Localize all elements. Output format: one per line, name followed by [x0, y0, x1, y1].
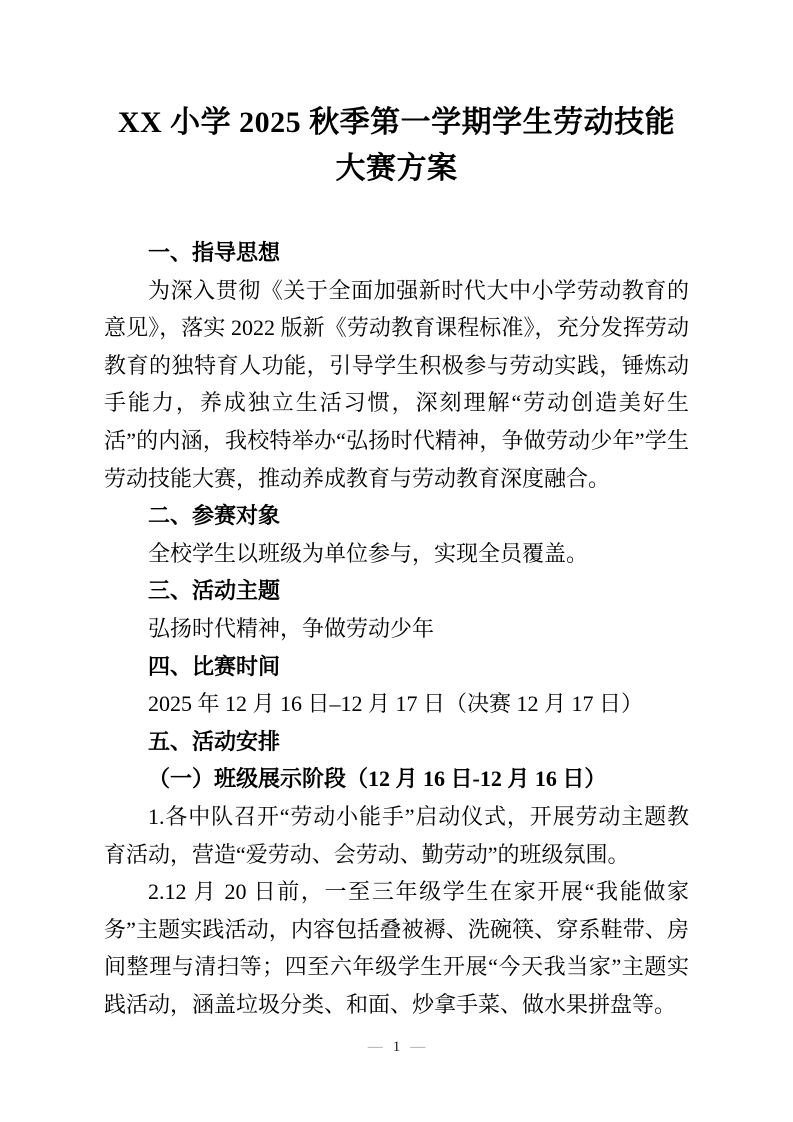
footer-dash-right: — — [410, 1039, 425, 1055]
page-number: 1 — [393, 1036, 401, 1058]
section-heading-theme: 三、活动主题 — [104, 572, 689, 610]
section-heading-arrangement: 五、活动安排 — [104, 723, 689, 761]
document-content: XX 小学 2025 秋季第一学期学生劳动技能 大赛方案 一、指导思想 为深入贯… — [104, 100, 689, 1023]
document-title: XX 小学 2025 秋季第一学期学生劳动技能 大赛方案 — [104, 100, 689, 192]
paragraph-time: 2025 年 12 月 16 日–12 月 17 日（决赛 12 月 17 日） — [104, 685, 689, 723]
section-heading-time: 四、比赛时间 — [104, 648, 689, 686]
paragraph-arrangement-item-2: 2.12 月 20 日前，一至三年级学生在家开展“我能做家务”主题实践活动，内容… — [104, 873, 689, 1023]
section-heading-participants: 二、参赛对象 — [104, 497, 689, 535]
section-heading-guiding-ideology: 一、指导思想 — [104, 234, 689, 272]
document-page: XX 小学 2025 秋季第一学期学生劳动技能 大赛方案 一、指导思想 为深入贯… — [0, 0, 793, 1122]
page-footer: —1— — [0, 1036, 793, 1058]
document-title-line-1: XX 小学 2025 秋季第一学期学生劳动技能 — [104, 100, 689, 146]
paragraph-theme: 弘扬时代精神，争做劳动少年 — [104, 610, 689, 648]
paragraph-arrangement-item-1: 1.各中队召开“劳动小能手”启动仪式，开展劳动主题教育活动，营造“爱劳动、会劳动… — [104, 798, 689, 873]
subsection-heading-class-stage: （一）班级展示阶段（12 月 16 日-12 月 16 日） — [104, 760, 689, 798]
paragraph-participants: 全校学生以班级为单位参与，实现全员覆盖。 — [104, 535, 689, 573]
footer-dash-left: — — [368, 1039, 383, 1055]
document-title-line-2: 大赛方案 — [104, 146, 689, 192]
paragraph-guiding-ideology: 为深入贯彻《关于全面加强新时代大中小学劳动教育的意见》，落实 2022 版新《劳… — [104, 272, 689, 498]
